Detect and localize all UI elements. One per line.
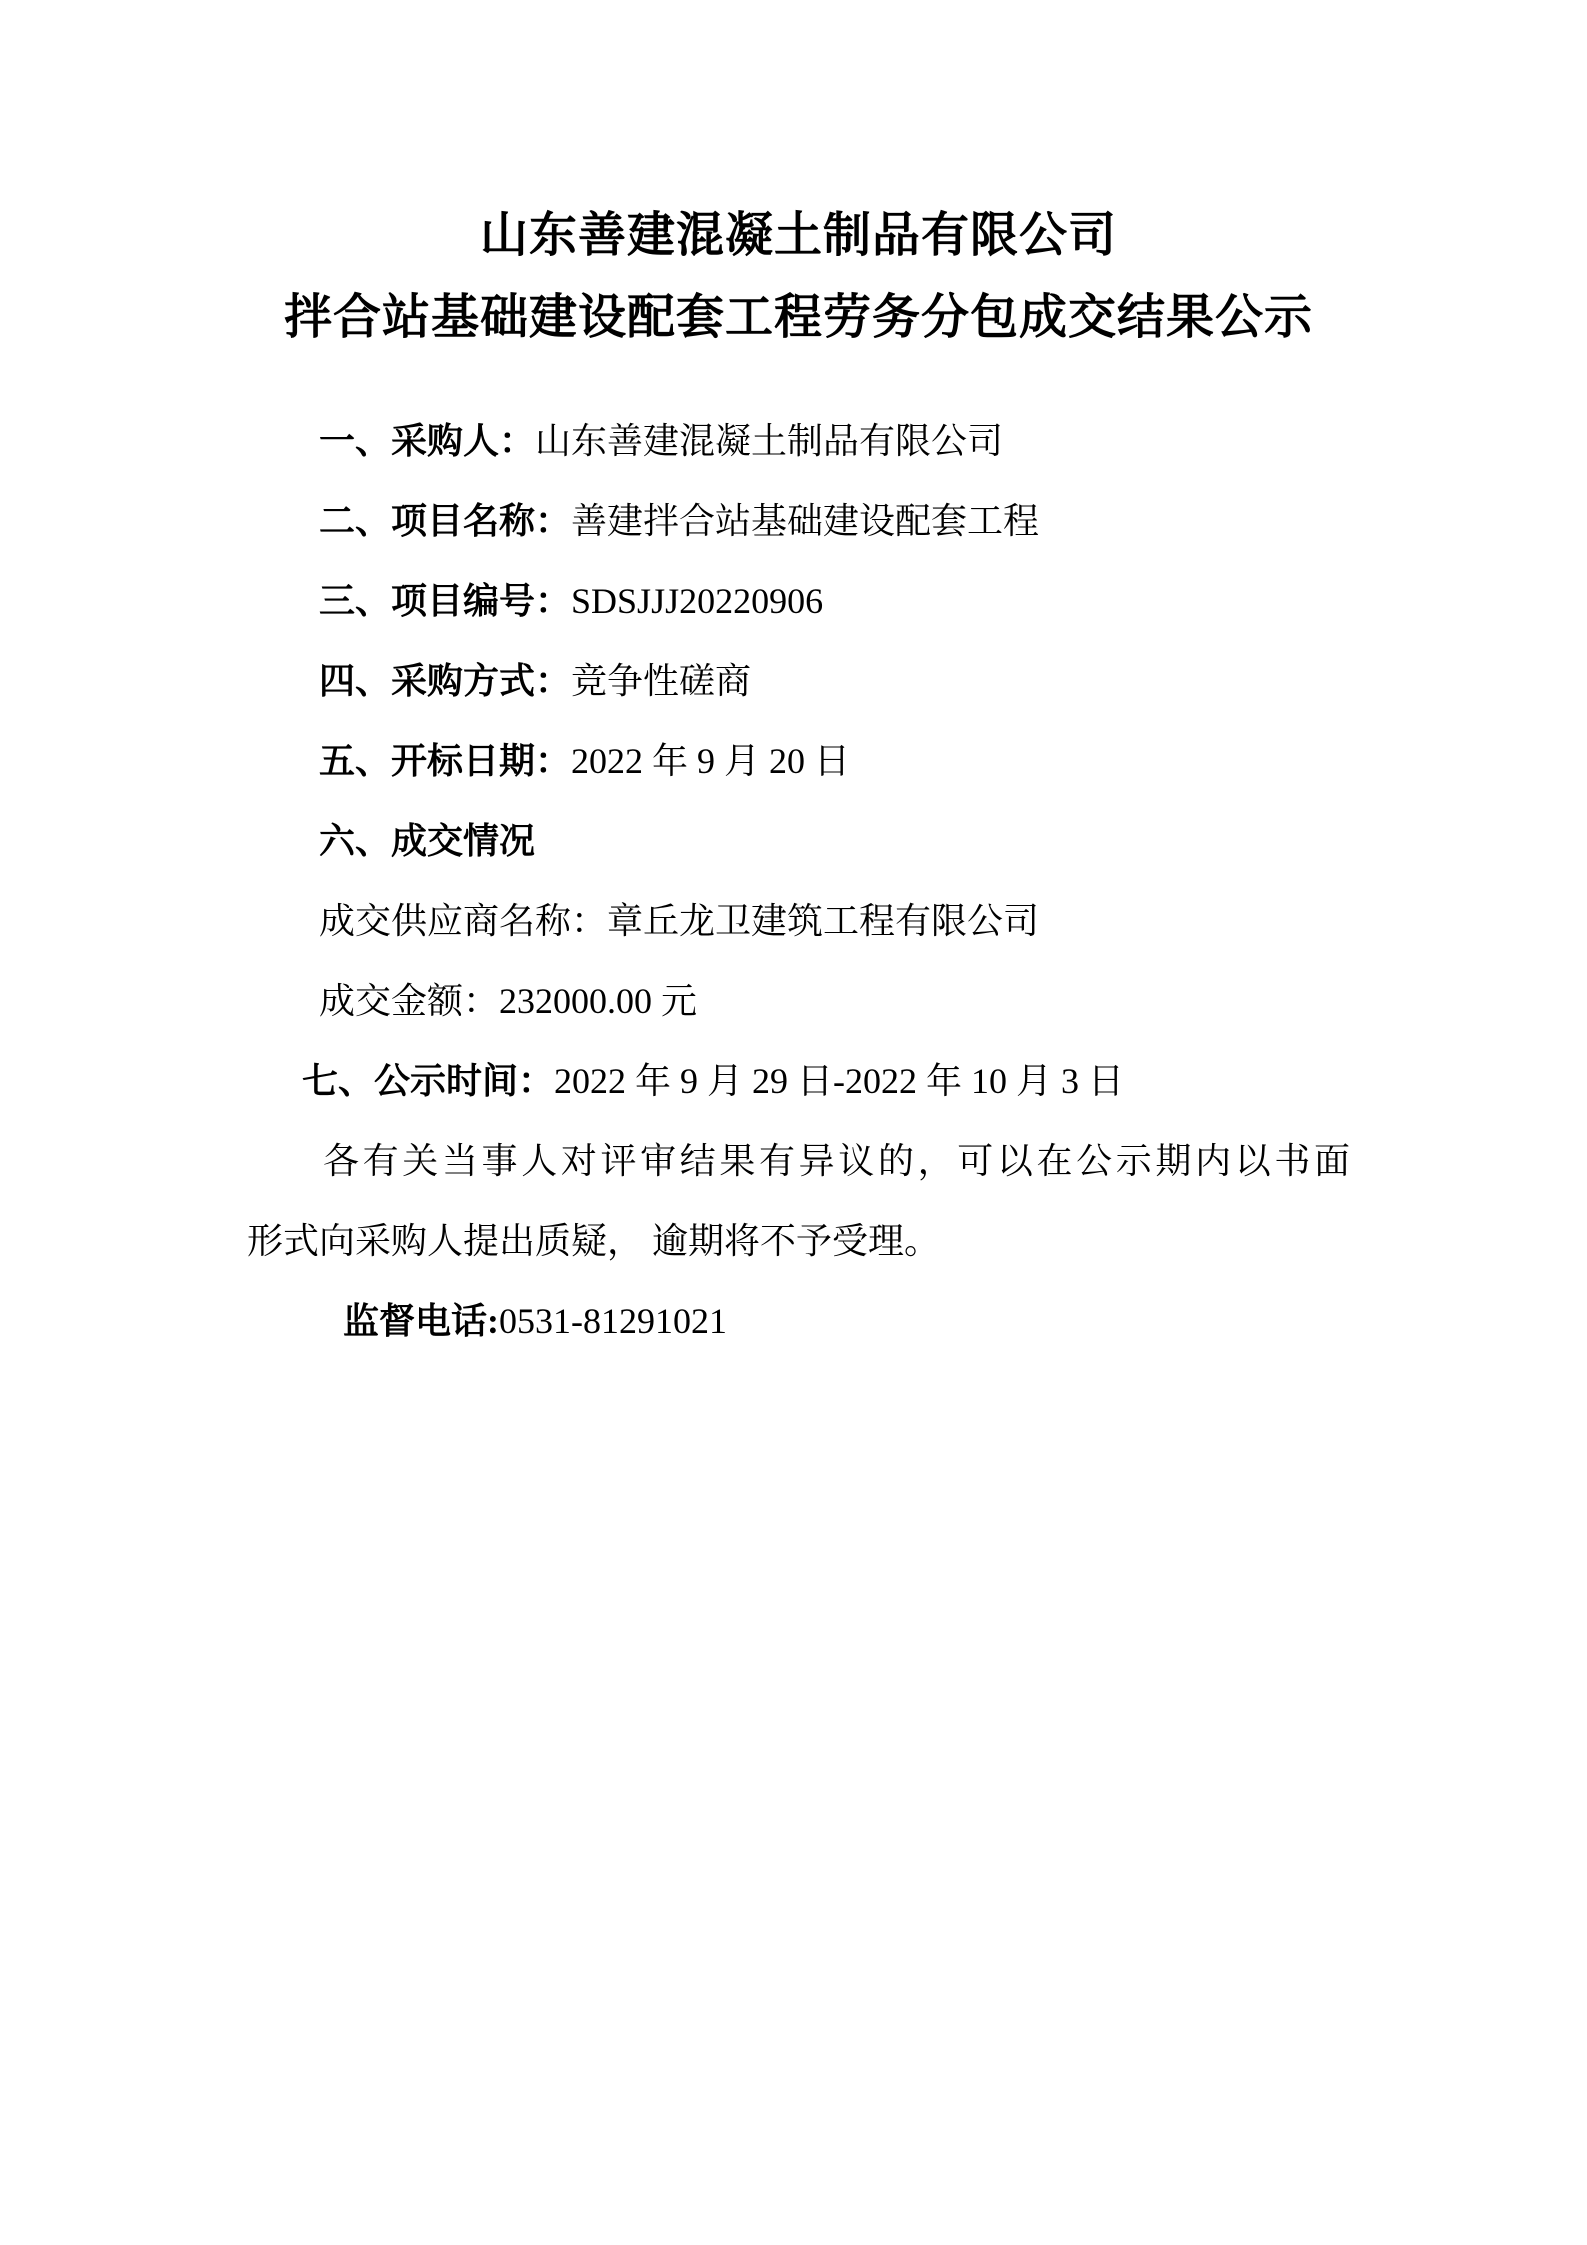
- item-purchaser-label: 一、采购人：: [319, 421, 535, 461]
- item-award-section-label: 六、成交情况: [319, 821, 535, 861]
- item-procurement-method: 四、采购方式：竞争性磋商: [247, 641, 1350, 721]
- notice-paragraph-line-2: 形式向采购人提出质疑， 逾期将不予受理。: [247, 1201, 1350, 1281]
- item-project-number-label: 三、项目编号：: [319, 581, 571, 621]
- item-procurement-method-value: 竞争性磋商: [571, 661, 751, 701]
- item-purchaser: 一、采购人：山东善建混凝土制品有限公司: [247, 401, 1350, 481]
- announcement-period-line: 七、公示时间：2022 年 9 月 29 日-2022 年 10 月 3 日: [247, 1041, 1350, 1121]
- item-purchaser-value: 山东善建混凝土制品有限公司: [535, 421, 1003, 461]
- item-project-name-label: 二、项目名称：: [319, 501, 571, 541]
- item-bid-opening-date-value: 2022 年 9 月 20 日: [571, 741, 850, 781]
- item-project-number-value: SDSJJJ20220906: [571, 581, 823, 621]
- item-bid-opening-date: 五、开标日期：2022 年 9 月 20 日: [247, 721, 1350, 801]
- item-procurement-method-label: 四、采购方式：: [319, 661, 571, 701]
- item-award-section-heading: 六、成交情况: [247, 801, 1350, 881]
- page-title: 山东善建混凝土制品有限公司 拌合站基础建设配套工程劳务分包成交结果公示: [247, 195, 1350, 359]
- item-project-name: 二、项目名称：善建拌合站基础建设配套工程: [247, 481, 1350, 561]
- title-line-1: 山东善建混凝土制品有限公司: [247, 195, 1350, 277]
- amount-line: 成交金额：232000.00 元: [247, 961, 1350, 1041]
- supervision-phone-label: 监督电话:: [343, 1301, 499, 1341]
- document-page: 山东善建混凝土制品有限公司 拌合站基础建设配套工程劳务分包成交结果公示 一、采购…: [0, 0, 1587, 2245]
- item-project-number: 三、项目编号：SDSJJJ20220906: [247, 561, 1350, 641]
- title-line-2: 拌合站基础建设配套工程劳务分包成交结果公示: [247, 277, 1350, 359]
- announcement-period-value: 2022 年 9 月 29 日-2022 年 10 月 3 日: [554, 1061, 1124, 1101]
- supervision-phone-number: 0531-81291021: [499, 1301, 727, 1341]
- supplier-line: 成交供应商名称：章丘龙卫建筑工程有限公司: [247, 881, 1350, 961]
- item-project-name-value: 善建拌合站基础建设配套工程: [571, 501, 1039, 541]
- supervision-phone-line: 监督电话:0531-81291021: [247, 1281, 1350, 1361]
- announcement-period-label: 七、公示时间：: [302, 1061, 554, 1101]
- notice-paragraph-line-1: 各有关当事人对评审结果有异议的，可以在公示期内以书面: [247, 1121, 1350, 1201]
- item-bid-opening-date-label: 五、开标日期：: [319, 741, 571, 781]
- document-body: 一、采购人：山东善建混凝土制品有限公司 二、项目名称：善建拌合站基础建设配套工程…: [247, 401, 1350, 1361]
- document-content: 山东善建混凝土制品有限公司 拌合站基础建设配套工程劳务分包成交结果公示 一、采购…: [0, 0, 1587, 2245]
